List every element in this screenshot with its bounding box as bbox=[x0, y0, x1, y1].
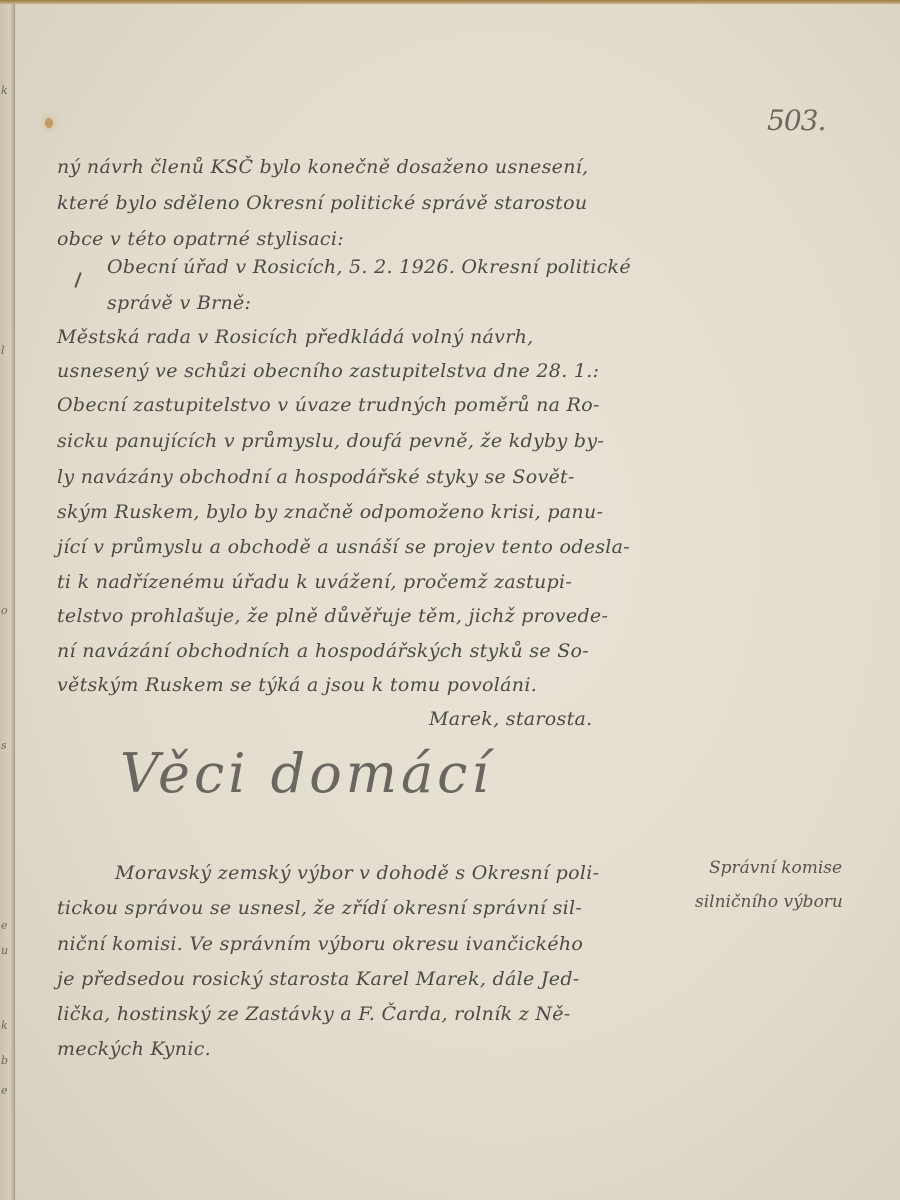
text-line: lička, hostinský ze Zastávky a F. Čarda,… bbox=[57, 1003, 571, 1025]
left-page-fragment: e bbox=[1, 919, 8, 932]
paper-stain bbox=[45, 118, 53, 128]
section-heading: Věci domácí bbox=[120, 742, 493, 805]
left-page-fragment: k bbox=[1, 84, 8, 97]
text-line: jící v průmyslu a obchodě a usnáší se pr… bbox=[57, 536, 630, 558]
manuscript-page: 503. ný návrh členů KSČ bylo konečně dos… bbox=[15, 4, 900, 1200]
text-line: Městská rada v Rosicích předkládá volný … bbox=[57, 326, 533, 348]
adjacent-page-edge: k l o s e u k b e bbox=[0, 4, 15, 1200]
text-line: obce v této opatrné stylisaci: bbox=[57, 228, 344, 250]
left-page-fragment: u bbox=[1, 944, 8, 957]
text-line: je předsedou rosický starosta Karel Mare… bbox=[57, 968, 580, 990]
text-line: sicku panujících v průmyslu, doufá pevně… bbox=[57, 430, 604, 452]
text-line: ní navázání obchodních a hospodářských s… bbox=[57, 640, 589, 662]
left-page-fragment: l bbox=[1, 344, 5, 357]
text-line: usnesený ve schůzi obecního zastupitelst… bbox=[57, 360, 599, 382]
text-line: ským Ruskem, bylo by značně odpomoženo k… bbox=[57, 501, 603, 523]
signature: Marek, starosta. bbox=[429, 708, 593, 730]
text-line: které bylo sděleno Okresní politické spr… bbox=[57, 192, 587, 214]
text-line: telstvo prohlašuje, že plně důvěřuje těm… bbox=[57, 605, 608, 627]
scanned-manuscript: k l o s e u k b e 503. ný návrh členů KS… bbox=[0, 0, 900, 1200]
text-line: ný návrh členů KSČ bylo konečně dosaženo… bbox=[57, 156, 588, 178]
left-page-fragment: o bbox=[1, 604, 8, 617]
text-line: Obecní úřad v Rosicích, 5. 2. 1926. Okre… bbox=[107, 256, 631, 278]
text-line: ti k nadřízenému úřadu k uvážení, pročem… bbox=[57, 571, 572, 593]
margin-tick-mark bbox=[74, 272, 81, 288]
text-line: správě v Brně: bbox=[107, 292, 251, 314]
text-line: niční komisi. Ve správním výboru okresu … bbox=[57, 933, 583, 955]
text-line: meckých Kynic. bbox=[57, 1038, 211, 1060]
margin-note-line: Správní komise bbox=[709, 858, 842, 878]
text-line: tickou správou se usnesl, že zřídí okres… bbox=[57, 897, 582, 919]
margin-note-line: silničního výboru bbox=[695, 892, 843, 912]
text-line: Moravský zemský výbor v dohodě s Okresní… bbox=[115, 862, 599, 884]
page-number: 503. bbox=[767, 104, 825, 137]
left-page-fragment: e bbox=[1, 1084, 8, 1097]
left-page-fragment: s bbox=[1, 739, 7, 752]
text-line: větským Ruskem se týká a jsou k tomu pov… bbox=[57, 674, 537, 696]
text-line: ly navázány obchodní a hospodářské styky… bbox=[57, 466, 575, 488]
text-line: Obecní zastupitelstvo v úvaze trudných p… bbox=[57, 394, 600, 416]
left-page-fragment: b bbox=[1, 1054, 8, 1067]
left-page-fragment: k bbox=[1, 1019, 8, 1032]
